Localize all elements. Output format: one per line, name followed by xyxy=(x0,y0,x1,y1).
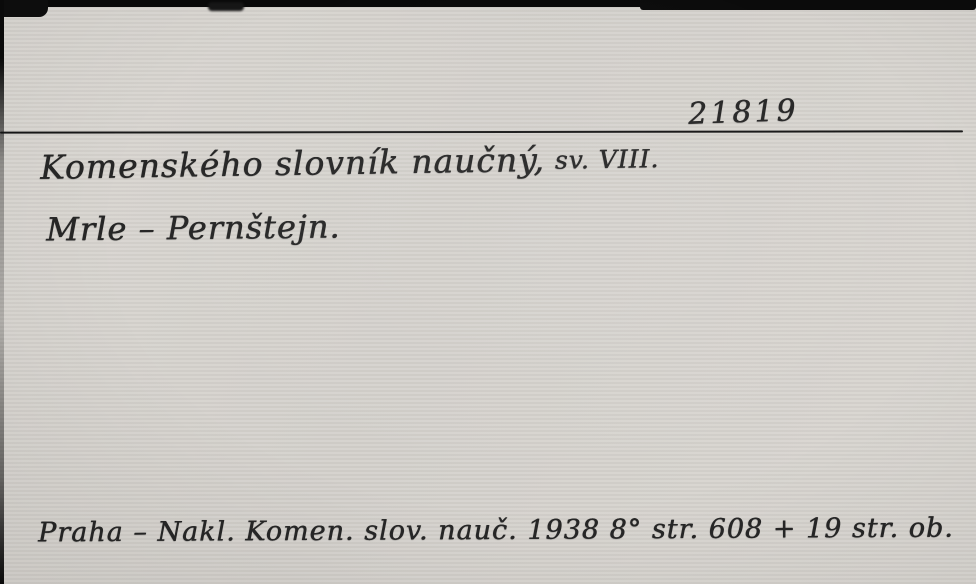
volume-range-handwriting: Mrle – Pernštejn. xyxy=(46,207,341,248)
imprint-handwriting: Praha – Nakl. Komen. slov. nauč. 1938 8°… xyxy=(38,513,954,549)
scan-top-smudge xyxy=(208,2,244,11)
scanned-catalog-card: 21819 Komenského slovník naučný,sv. VIII… xyxy=(0,0,976,584)
ruled-line xyxy=(0,130,963,133)
call-number: 21819 xyxy=(687,93,799,132)
scan-corner-smudge xyxy=(0,0,48,17)
scan-edge-left xyxy=(0,0,4,584)
scan-edge-top-right xyxy=(640,0,976,10)
title-volume: sv. VIII. xyxy=(555,144,660,175)
title-main: Komenského slovník naučný, xyxy=(40,140,545,187)
title-handwriting: Komenského slovník naučný,sv. VIII. xyxy=(40,138,660,187)
